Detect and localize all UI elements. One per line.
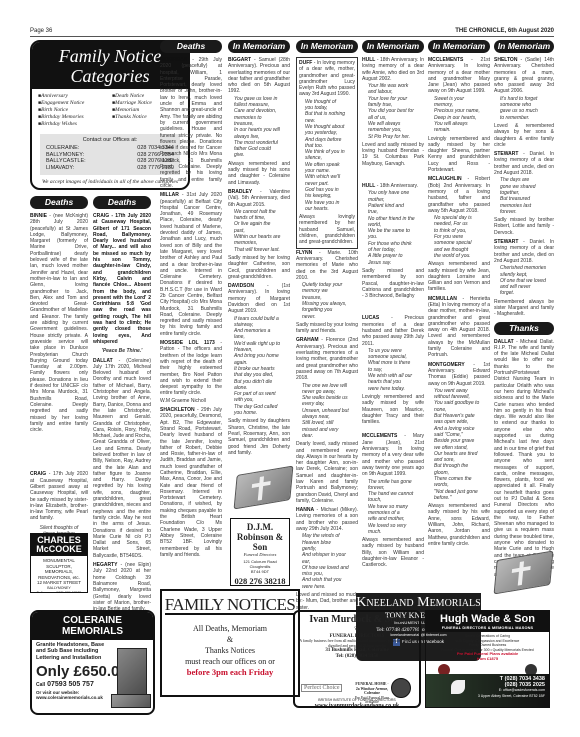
- verse: Quietly today yourmemory wetreasure,Miss…: [296, 282, 358, 320]
- notice-hull-1: HULL - 18th Anniversary. In loving memor…: [362, 57, 424, 82]
- offices-contact: Contact our Offices at: COLERAINE:028 70…: [40, 134, 180, 175]
- perfect-choice-logo: Perfect Choice: [301, 684, 342, 692]
- notice-biggart: BIGGART - Samuel (28th Anniversary). Pre…: [228, 57, 290, 95]
- notice-davidson: DAVIDSON - (1st Anniversary). In loving …: [228, 283, 290, 314]
- ad-coleraine-memorials: COLERAINE MEMORIALS Granite Headstones, …: [30, 610, 155, 715]
- notice-duff-box: DUFF - In loving memory of a dear wife, …: [296, 57, 358, 249]
- paper-masthead: THE CHRONICLE, 6th August 2020: [455, 28, 554, 34]
- verse: May the winds ofHeaven blowgently,And wh…: [296, 533, 358, 590]
- notice-mclaughlin: MCLAUGHLIN - Robert (Bob) 2nd Anniversar…: [428, 176, 490, 214]
- notice-flynn: FLYNN - Marie. 10th Anniversary. Cherish…: [296, 250, 358, 281]
- ad-ivan-murdock: Ivan Murdock & Sons ❦ FUNERAL DIRECTORS …: [293, 610, 421, 708]
- memoriam-column-4: In Memoriam BIGGART - Samuel (28th Anniv…: [228, 40, 290, 459]
- memoriam-column-8: In Memoriam SHELTON - (Sadie) 14th Anniv…: [494, 40, 554, 581]
- phone: 07593 505 757: [47, 681, 94, 688]
- verse: You gave us love infullest measure,Care …: [228, 96, 290, 159]
- section-header-thanks: Thanks: [494, 322, 554, 335]
- headstone-base-image: [111, 694, 151, 708]
- category-item: Birthday Memories: [38, 114, 108, 121]
- header-rule: [30, 36, 554, 37]
- notice-thanks-dallat: DALLAT - Micheal Dallat. R.I.P. The wife…: [494, 339, 554, 578]
- website-link[interactable]: www.ivanmurdockandsons.co.uk: [295, 703, 419, 708]
- bible-cross-image: [236, 470, 291, 510]
- section-header-deaths: Deaths: [93, 196, 151, 209]
- ad-djm-robinson: D.J.M. Robinson & Son Funeral Directors …: [230, 518, 290, 586]
- notice-graham: GRAHAM - Florence (2nd Anniversary). Pre…: [296, 337, 358, 381]
- contact-panel: T (028) 7034 3438 (028) 7035 2025 E: off…: [426, 674, 549, 707]
- section-header-deaths: Deaths: [160, 40, 222, 53]
- ad-family-notices-deadline: FAMILY NOTICES All Deaths, Memoriam & Th…: [160, 589, 300, 697]
- verse: No special day isneeded, For usto think …: [428, 215, 490, 259]
- notice-shackleton: SHACKLETON - 29th July 2020, peacefully,…: [160, 407, 222, 558]
- deaths-column-2: Deaths CRAIG - 17th July 2020 at Causewa…: [93, 196, 151, 630]
- notice-lucas: LUCAS - Precious memories of a dear husb…: [362, 315, 424, 346]
- office-row: BALLYCASTLE:028 2076 1282: [46, 158, 174, 165]
- office-row: COLERAINE:028 7034 3344: [46, 145, 174, 152]
- verse: The smile has goneforever,The hand we ca…: [362, 479, 424, 536]
- verse: If tears could build astairway,And memor…: [228, 316, 290, 417]
- notice-millar: MILLAR - 31st July 2020 (peacefully) at …: [160, 192, 222, 337]
- notice-montgomery: MONTGOMERY - 1st Anniversary. Edward Tho…: [428, 362, 490, 387]
- notice-craig: CRAIG - 17th July 2020 at Causeway Hospi…: [93, 213, 151, 345]
- page-number: Page 36: [30, 28, 52, 34]
- notice-shelton: SHELTON - (Sadie) 14th Anniversary. Cher…: [494, 57, 554, 95]
- section-header-memoriam: In Memoriam: [428, 40, 490, 53]
- category-item: Birth Notice: [38, 107, 108, 114]
- notice-dallat: DALLAT - (Coleraine) July 17th 2020, Mic…: [93, 358, 151, 560]
- verse: Your life was workand labour,Your love f…: [362, 83, 424, 140]
- notice-mosside: MOSSIDE LOL 1173 - Patton - The officers…: [160, 340, 222, 397]
- notice-mckirgan: MCKIRGAN - 29th July 2020 (peacefully) a…: [160, 57, 222, 189]
- ad-hugh-wade: Hugh Wade & SonFUNERAL DIRECTORS & MEMOR…: [425, 610, 550, 708]
- section-header-memoriam: In Memoriam: [296, 40, 358, 53]
- notice-hanna: HANNA - Michael (Mikey). Loving memories…: [296, 507, 358, 532]
- deadline-text: before 3pm each Friday: [162, 667, 298, 677]
- deaths-column-1: Deaths BINNIE - (nee McKnight) 28th July…: [30, 196, 88, 552]
- verse: The days aregone we sharedtogether,But t…: [494, 177, 554, 215]
- memoriam-column-5: In Memoriam DUFF - In loving memory of a…: [296, 40, 358, 614]
- section-header-deaths: Deaths: [30, 196, 88, 209]
- verse: Sweet is yourmemory,Precious your name,D…: [428, 96, 490, 134]
- notice-stewart-1: STEWART - Daniel. In loving memory of a …: [494, 151, 554, 176]
- memoriam-column-7: In Memoriam MCCLEMENTS - 21st Anniversar…: [428, 40, 490, 550]
- notice-mcmullan: MCMULLAN - Henrietta (Etta) In loving me…: [428, 296, 490, 359]
- crest-icon: [391, 678, 411, 698]
- notice-stewart-2: STEWART - Daniel. In loving memory of a …: [494, 239, 554, 264]
- memoriam-column-6: In Memoriam HULL - 18th Anniversary. In …: [362, 40, 424, 572]
- lily-flower-image: [451, 680, 465, 694]
- verse: The one we love willnever go away,She wa…: [296, 383, 358, 440]
- verse: Cherished memoriessilently kept,Of one t…: [494, 265, 554, 296]
- verse: To us you weresomeone special,What more …: [362, 348, 424, 392]
- notice-hull-2: HULL - 18th Anniversary.: [362, 183, 424, 189]
- cross-icon: [258, 476, 264, 500]
- phone: Tel: (028) 7034 3350: [297, 654, 417, 660]
- category-item: Anniversary: [38, 93, 108, 100]
- notice-craig: CRAIG - 17th July 2020 at Causeway Hospi…: [30, 471, 88, 521]
- notice-binnie: BINNIE - (nee McKnight) 28th July 2020 (…: [30, 213, 88, 433]
- notice-mcclements: MCCLEMENTS - Mary Jane (Jean), 21st Anni…: [362, 433, 424, 477]
- bible-cross-image: [496, 555, 551, 595]
- section-header-memoriam: In Memoriam: [494, 40, 554, 53]
- verse: You only have onemother,Patient kind and…: [362, 190, 424, 266]
- notice-duff: DUFF - In loving memory of a dear wife, …: [299, 60, 355, 98]
- phone: 028 276 38218: [231, 576, 289, 586]
- cross-icon: [518, 561, 524, 585]
- office-row: LIMAVADY:028 7776 2130: [46, 165, 174, 172]
- notice-mcclements: MCCLEMENTS - 21st Anniversary. In loving…: [428, 57, 490, 95]
- verse: You went awaywithout farewell,You said g…: [428, 388, 490, 501]
- category-item: Engagement Notice: [38, 100, 108, 107]
- ornament-icon: ❦: [297, 626, 417, 634]
- office-row: BALLYMONEY:028 2766 2354: [46, 152, 174, 159]
- category-item: Birthday Wishes: [38, 121, 108, 128]
- verse: It's hard to forgetsomeone whogave us so…: [494, 96, 554, 121]
- verse: We thought ofyou today,But that is nothi…: [299, 99, 355, 212]
- verse: We cannot halt thehands of time,Or live …: [228, 209, 290, 253]
- notice-bradley: BRADLEY - Valentine (Val). 5th Anniversa…: [228, 189, 290, 208]
- deaths-column-3: Deaths MCKIRGAN - 29th July 2020 (peacef…: [160, 40, 222, 561]
- section-header-memoriam: In Memoriam: [228, 40, 290, 53]
- section-header-memoriam: In Memoriam: [362, 40, 424, 53]
- notice-hegarty: HEGARTY - (nee Elgin) July 22nd 2020 at …: [93, 562, 151, 612]
- ad-charles-mccooke: CHARLESMcCOOKE MONUMENTALSCULPTOR,MEMORI…: [30, 533, 88, 593]
